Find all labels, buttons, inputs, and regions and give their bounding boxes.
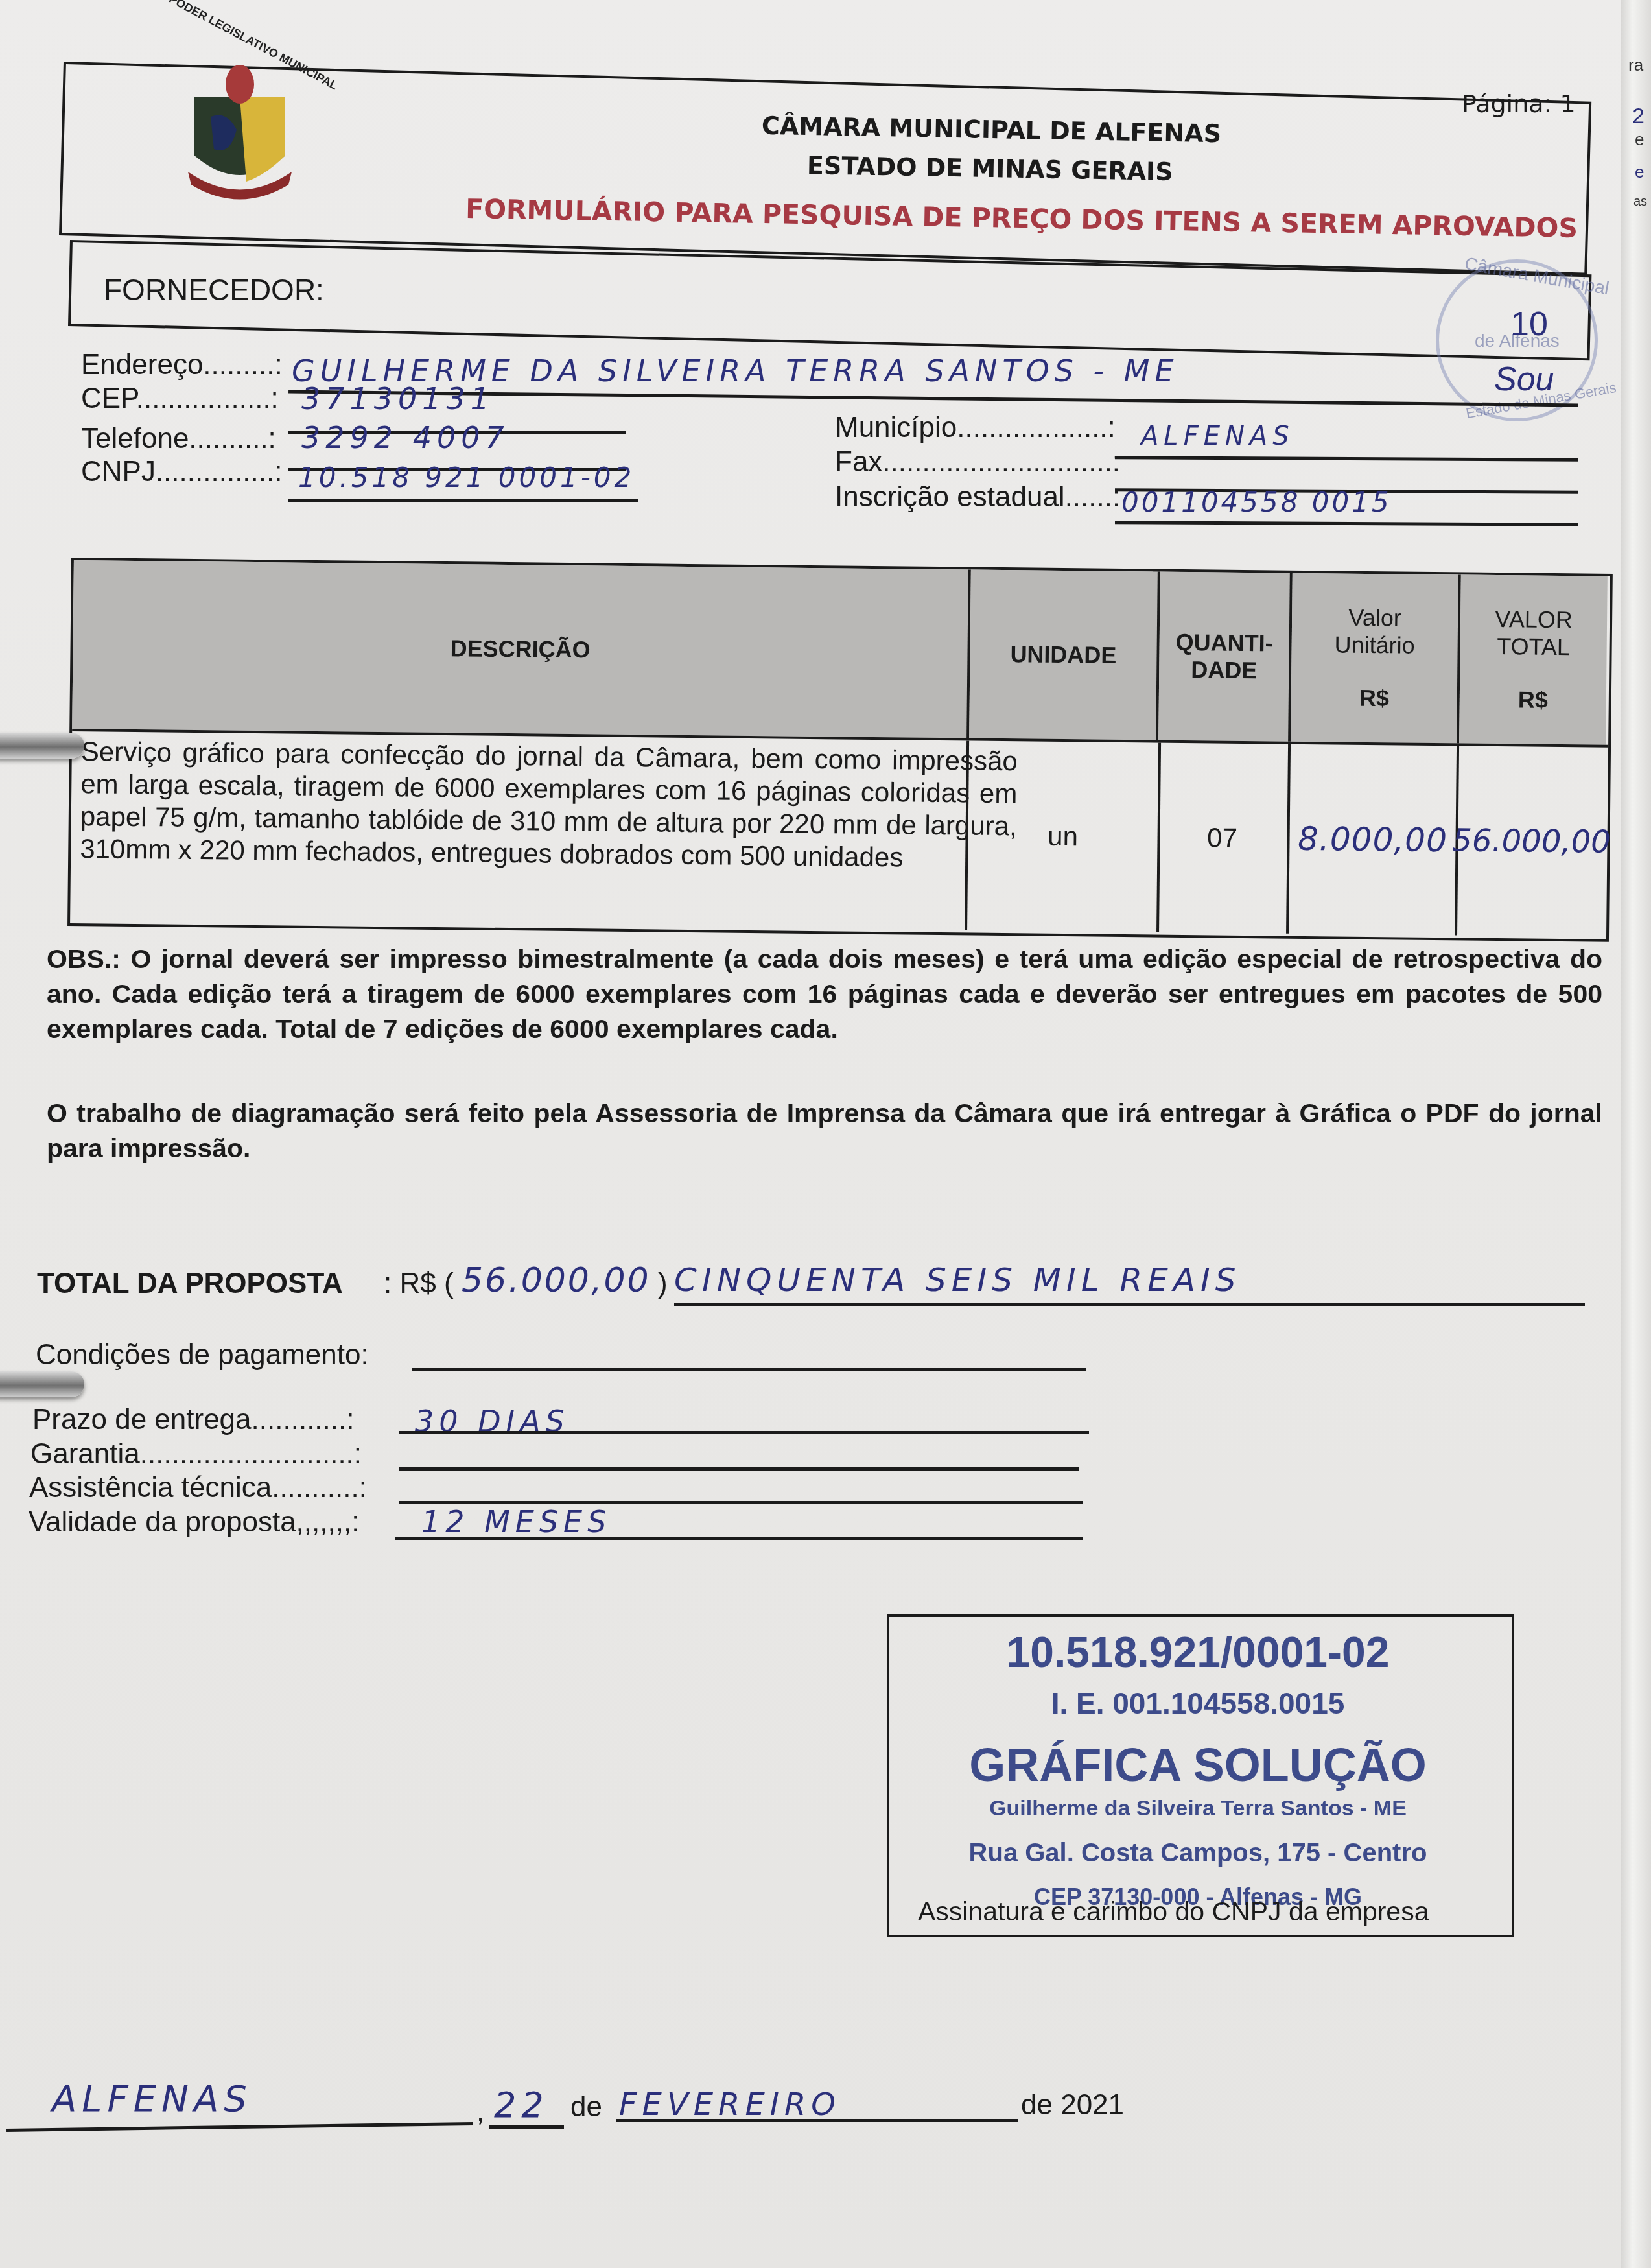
supplier-label: FORNECEDOR: bbox=[104, 272, 324, 307]
edge-mark: 2 bbox=[1632, 104, 1645, 129]
pagamento-label: Condições de pagamento: bbox=[36, 1339, 369, 1371]
total-proposta-label: TOTAL DA PROPOSTA bbox=[37, 1268, 343, 1300]
garantia-underline bbox=[399, 1467, 1079, 1471]
total-words-field[interactable]: CINQUENTA SEIS MIL REAIS bbox=[674, 1261, 1241, 1299]
col-header-unidade: UNIDADE bbox=[969, 570, 1160, 740]
municipio-label: Município...................: bbox=[835, 412, 1116, 444]
item-unidade: un bbox=[965, 740, 1161, 932]
stamp-cnpj: 10.518.921/0001-02 bbox=[887, 1627, 1509, 1677]
date-de: de bbox=[570, 2091, 602, 2123]
date-month-underline bbox=[616, 2119, 1018, 2122]
pagamento-underline bbox=[412, 1368, 1086, 1371]
cnpj-field[interactable]: 10.518 921 0001-02 bbox=[298, 462, 635, 493]
date-city-underline bbox=[6, 2122, 473, 2132]
diagramacao-paragraph: O trabalho de diagramação será feito pel… bbox=[47, 1096, 1602, 1166]
binder-ring-bottom bbox=[0, 1371, 84, 1397]
coat-of-arms-icon bbox=[175, 58, 305, 201]
prazo-underline bbox=[399, 1431, 1089, 1434]
col-header-quantidade: QUANTI- DADE bbox=[1158, 572, 1293, 742]
municipio-underline bbox=[1115, 456, 1578, 462]
total-value-field[interactable]: 56.000,00 bbox=[462, 1261, 651, 1300]
stamp-ie: I. E. 001.104558.0015 bbox=[887, 1686, 1509, 1721]
binder-ring-top bbox=[0, 733, 84, 759]
col-header-valor-total: VALOR TOTAL R$ bbox=[1459, 574, 1608, 744]
edge-mark: ra bbox=[1628, 55, 1643, 75]
cnpj-label: CNPJ...............: bbox=[81, 456, 283, 488]
page-number: Página: 1 bbox=[1462, 89, 1576, 118]
item-valor-total[interactable]: 56.000,00 bbox=[1457, 746, 1606, 936]
item-quantidade: 07 bbox=[1156, 743, 1291, 934]
total-paren-close: ) bbox=[658, 1268, 668, 1300]
date-month-field[interactable]: FEVEREIRO bbox=[619, 2086, 841, 2123]
next-page-edge: ra 2 e e as bbox=[1621, 0, 1651, 2268]
signature-label: Assinatura e carimbo do CNPJ da empresa bbox=[918, 1896, 1429, 1927]
endereco-label: Endereço.........: bbox=[81, 349, 283, 381]
date-day-field[interactable]: 22 bbox=[494, 2085, 549, 2125]
col-header-valor-unitario: Valor Unitário R$ bbox=[1291, 573, 1461, 744]
date-day-underline bbox=[489, 2125, 564, 2129]
cnpj-underline bbox=[288, 499, 638, 502]
item-valor-unitario[interactable]: 8.000,00 bbox=[1289, 744, 1459, 936]
total-currency: : R$ ( bbox=[384, 1268, 454, 1300]
municipio-field[interactable]: ALFENAS bbox=[1141, 421, 1294, 451]
fax-label: Fax.............................: bbox=[835, 446, 1120, 478]
date-year: de 2021 bbox=[1021, 2089, 1124, 2121]
col-header-descricao: DESCRIÇÃO bbox=[72, 560, 971, 738]
total-underline bbox=[674, 1303, 1585, 1306]
edge-mark: as bbox=[1633, 195, 1647, 209]
seal-initials: Sou bbox=[1494, 360, 1554, 399]
cep-label: CEP.................: bbox=[81, 383, 279, 415]
observation-paragraph: OBS.: O jornal deverá ser impresso bimes… bbox=[47, 941, 1602, 1046]
inscricao-underline bbox=[1115, 521, 1578, 526]
telefone-field[interactable]: 3292 4007 bbox=[301, 420, 509, 455]
items-table: DESCRIÇÃO UNIDADE QUANTI- DADE Valor Uni… bbox=[67, 558, 1613, 942]
stamp-company-name: GRÁFICA SOLUÇÃO bbox=[887, 1739, 1509, 1792]
cep-field[interactable]: 37130131 bbox=[301, 381, 495, 416]
validade-underline bbox=[395, 1537, 1083, 1540]
inscricao-label: Inscrição estadual......: bbox=[835, 481, 1120, 514]
validade-label: Validade da proposta,,,,,,,: bbox=[29, 1506, 359, 1539]
date-comma: , bbox=[476, 2096, 484, 2128]
garantia-label: Garantia...........................: bbox=[30, 1438, 362, 1471]
edge-mark: e bbox=[1635, 162, 1644, 182]
inscricao-field[interactable]: 001104558 0015 bbox=[1121, 486, 1392, 518]
validade-field[interactable]: 12 MESES bbox=[421, 1504, 611, 1539]
stamp-address: Rua Gal. Costa Campos, 175 - Centro bbox=[887, 1839, 1509, 1868]
item-description: Serviço gráfico para confecção do jornal… bbox=[80, 735, 1018, 875]
edge-mark: e bbox=[1635, 130, 1644, 150]
date-city-field[interactable]: ALFENAS bbox=[52, 2078, 252, 2120]
seal-sheet-number: 10 bbox=[1510, 305, 1548, 344]
form-page: PODER LEGISLATIVO MUNICIPAL Página: 1 CÂ… bbox=[0, 0, 1621, 2268]
assistencia-label: Assistência técnica...........: bbox=[29, 1472, 367, 1504]
stamp-owner: Guilherme da Silveira Terra Santos - ME bbox=[887, 1796, 1509, 1821]
telefone-label: Telefone..........: bbox=[81, 423, 276, 455]
prazo-label: Prazo de entrega............: bbox=[32, 1404, 354, 1436]
